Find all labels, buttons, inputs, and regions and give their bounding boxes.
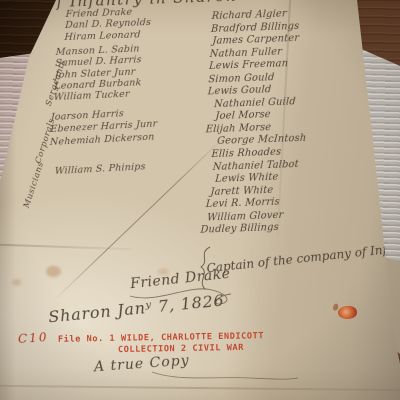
red-wax-seal-mark <box>337 305 358 321</box>
roster-left-group-officers: Friend DrakeDanl D. ReynoldsHiram Leonar… <box>64 6 152 43</box>
photo-of-historical-document: of Infantry in Sharon Sergeants Corporal… <box>0 0 400 400</box>
dateline: Sharon Janʸ 7, 1826 <box>47 291 225 327</box>
fold-crease-bottom <box>0 385 400 391</box>
margin-label-musicians: Musicians <box>22 161 46 210</box>
fold-crease-left <box>0 244 132 250</box>
stain <box>46 266 61 277</box>
stain <box>12 279 21 286</box>
roster-left-group-sergeants: Manson L. SabinSamuel D. HarrisJohn Slat… <box>54 43 144 103</box>
manuscript-paper: of Infantry in Sharon Sergeants Corporal… <box>0 0 400 400</box>
closing-caption: Captain of the company of Infantry in Sh… <box>206 233 400 277</box>
archive-code: C10 <box>18 330 49 346</box>
roster-name: Dudley Billings <box>200 221 302 237</box>
roster-name: Hiram Leonard <box>64 29 150 43</box>
captain-signature: Friend Drake <box>129 266 231 292</box>
roster-name: William S. Phinips <box>55 161 146 177</box>
roster-name: William Tucker <box>54 89 142 104</box>
roster-left-group-corporals: Joarson HarrisEbenezer Harris JunrNehemi… <box>50 106 158 149</box>
roster-right-column: Richard AlgierBradford BillingsJames Car… <box>200 7 313 237</box>
roster-left-group-musicians: William S. Phinips <box>55 161 146 177</box>
attestation: A true Copy <box>94 353 191 376</box>
